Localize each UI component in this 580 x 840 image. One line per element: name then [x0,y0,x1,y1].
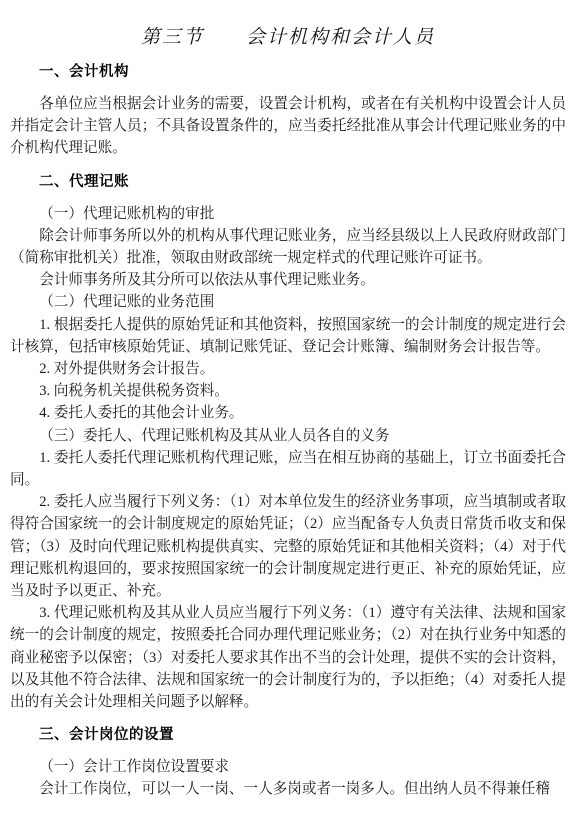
sub-heading: （二）代理记账的业务范围 [10,291,566,313]
list-item: 4. 委托人委托的其他会计业务。 [10,402,566,424]
list-item: 3. 向税务机关提供税务资料。 [10,380,566,402]
list-item: 1. 委托人委托代理记账机构代理记账，应当在相互协商的基础上，订立书面委托合同。 [10,447,566,491]
section-heading-3: 三、会计岗位的设置 [10,725,566,746]
sub-heading: （一）会计工作岗位设置要求 [10,756,566,778]
list-item: 3. 代理记账机构及其从业人员应当履行下列义务：（1）遵守有关法律、法规和国家统… [10,602,566,713]
paragraph-truncated: 会计工作岗位，可以一人一岗、一人多岗或者一岗多人。但出纳人员不得兼任稽 [10,778,566,800]
section-heading-1: 一、会计机构 [10,62,566,83]
chapter-title: 第三节 会计机构和会计人员 [10,24,566,50]
list-item: 2. 委托人应当履行下列义务：（1）对本单位发生的经济业务事项，应当填制或者取得… [10,491,566,602]
list-item: 2. 对外提供财务会计报告。 [10,358,566,380]
document-page: 第三节 会计机构和会计人员 一、会计机构 各单位应当根据会计业务的需要，设置会计… [0,0,580,840]
sub-heading: （一）代理记账机构的审批 [10,203,566,225]
paragraph: 除会计师事务所以外的机构从事代理记账业务，应当经县级以上人民政府财政部门（简称审… [10,225,566,269]
paragraph: 会计师事务所及其分所可以依法从事代理记账业务。 [10,269,566,291]
section-heading-2: 二、代理记账 [10,172,566,193]
sub-heading: （三）委托人、代理记账机构及其从业人员各自的义务 [10,425,566,447]
list-item: 1. 根据委托人提供的原始凭证和其他资料，按照国家统一的会计制度的规定进行会计核… [10,314,566,358]
paragraph: 各单位应当根据会计业务的需要，设置会计机构，或者在有关机构中设置会计人员并指定会… [10,93,566,160]
